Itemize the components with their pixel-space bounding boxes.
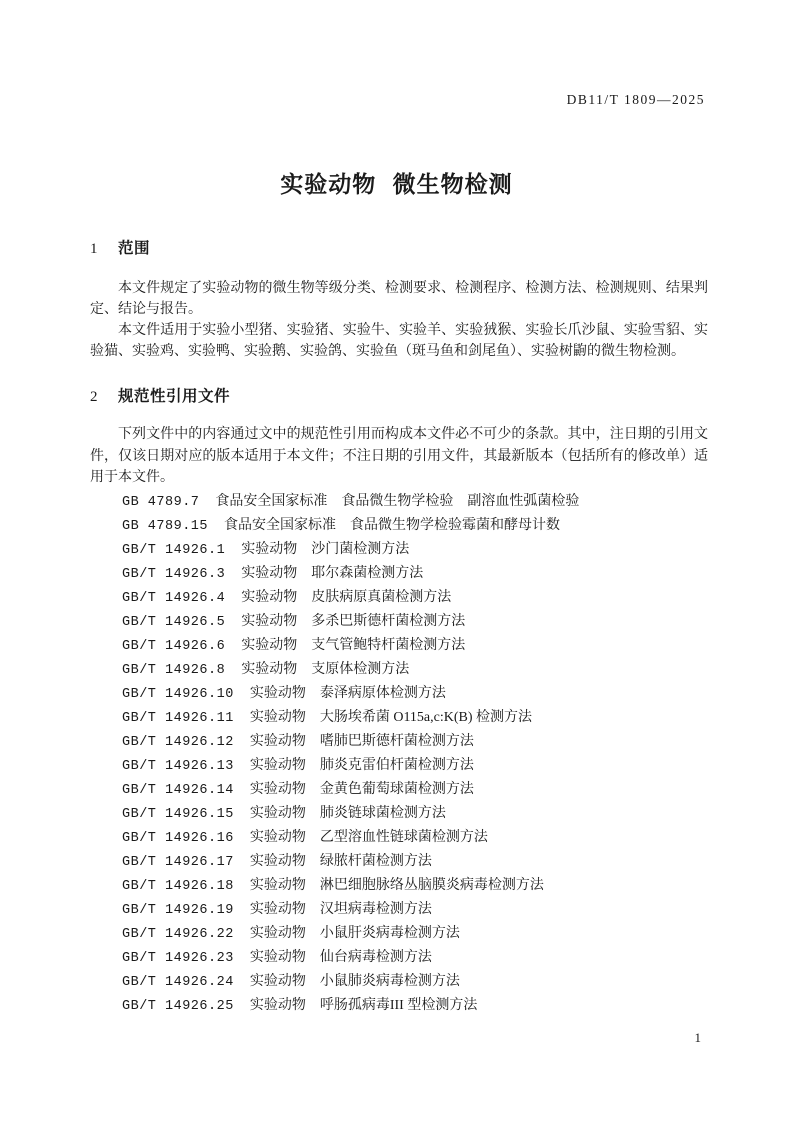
reference-item: GB/T 14926.22实验动物 小鼠肝炎病毒检测方法 — [122, 922, 713, 946]
reference-item: GB/T 14926.6实验动物 支气管鲍特杆菌检测方法 — [122, 634, 713, 658]
reference-code: GB/T 14926.19 — [122, 903, 234, 918]
reference-item: GB/T 14926.8实验动物 支原体检测方法 — [122, 658, 713, 682]
reference-item: GB/T 14926.4实验动物 皮肤病原真菌检测方法 — [122, 586, 713, 610]
reference-item: GB/T 14926.10实验动物 泰泽病原体检测方法 — [122, 682, 713, 706]
reference-title: 实验动物 仙台病毒检测方法 — [250, 946, 432, 966]
reference-item: GB/T 14926.15实验动物 肺炎链球菌检测方法 — [122, 802, 713, 826]
reference-code: GB/T 14926.22 — [122, 927, 234, 942]
clause-scope-number: 1 — [90, 241, 98, 257]
reference-item: GB/T 14926.17实验动物 绿脓杆菌检测方法 — [122, 850, 713, 874]
reference-code: GB 4789.15 — [122, 519, 208, 534]
reference-item: GB/T 14926.16实验动物 乙型溶血性链球菌检测方法 — [122, 826, 713, 850]
reference-code: GB/T 14926.3 — [122, 567, 225, 582]
reference-item: GB/T 14926.3实验动物 耶尔森菌检测方法 — [122, 562, 713, 586]
clause-scope-heading: 1范围 — [90, 236, 150, 258]
reference-code: GB/T 14926.23 — [122, 951, 234, 966]
clause-references-number: 2 — [90, 389, 98, 405]
reference-code: GB/T 14926.8 — [122, 663, 225, 678]
reference-item: GB/T 14926.12实验动物 嗜肺巴斯德杆菌检测方法 — [122, 730, 713, 754]
reference-title: 实验动物 绿脓杆菌检测方法 — [250, 850, 432, 870]
scope-paragraph-1: 本文件规定了实验动物的微生物等级分类、检测要求、检测程序、检测方法、检测规则、结… — [90, 278, 708, 320]
document-number: DB11/T 1809—2025 — [567, 92, 705, 108]
reference-item: GB/T 14926.5实验动物 多杀巴斯德杆菌检测方法 — [122, 610, 713, 634]
reference-list: GB 4789.7食品安全国家标准 食品微生物学检验 副溶血性弧菌检验 GB 4… — [122, 490, 713, 1018]
reference-code: GB/T 14926.4 — [122, 591, 225, 606]
reference-title: 实验动物 皮肤病原真菌检测方法 — [241, 586, 451, 606]
reference-title: 实验动物 呼肠孤病毒III 型检测方法 — [250, 994, 478, 1014]
reference-code: GB/T 14926.5 — [122, 615, 225, 630]
reference-code: GB/T 14926.12 — [122, 735, 234, 750]
reference-item: GB/T 14926.13实验动物 肺炎克雷伯杆菌检测方法 — [122, 754, 713, 778]
reference-code: GB/T 14926.25 — [122, 999, 234, 1014]
reference-title: 实验动物 小鼠肺炎病毒检测方法 — [250, 970, 460, 990]
reference-code: GB/T 14926.18 — [122, 879, 234, 894]
reference-title: 实验动物 沙门菌检测方法 — [241, 538, 409, 558]
reference-title: 实验动物 泰泽病原体检测方法 — [250, 682, 446, 702]
reference-title: 实验动物 嗜肺巴斯德杆菌检测方法 — [250, 730, 474, 750]
reference-title: 实验动物 金黄色葡萄球菌检测方法 — [250, 778, 474, 798]
reference-item: GB/T 14926.11实验动物 大肠埃希菌 O115a,c:K(B) 检测方… — [122, 706, 713, 730]
reference-title: 实验动物 支原体检测方法 — [241, 658, 409, 678]
clause-references-label: 规范性引用文件 — [118, 388, 230, 405]
reference-title: 实验动物 支气管鲍特杆菌检测方法 — [241, 634, 465, 654]
reference-code: GB/T 14926.6 — [122, 639, 225, 654]
reference-title: 实验动物 耶尔森菌检测方法 — [241, 562, 423, 582]
reference-code: GB/T 14926.24 — [122, 975, 234, 990]
reference-item: GB/T 14926.23实验动物 仙台病毒检测方法 — [122, 946, 713, 970]
reference-title: 实验动物 汉坦病毒检测方法 — [250, 898, 432, 918]
reference-title: 实验动物 淋巴细胞脉络丛脑膜炎病毒检测方法 — [250, 874, 544, 894]
reference-code: GB/T 14926.17 — [122, 855, 234, 870]
reference-title: 实验动物 乙型溶血性链球菌检测方法 — [250, 826, 488, 846]
reference-item: GB/T 14926.24实验动物 小鼠肺炎病毒检测方法 — [122, 970, 713, 994]
reference-item: GB 4789.7食品安全国家标准 食品微生物学检验 副溶血性弧菌检验 — [122, 490, 713, 514]
document-title: 实验动物 微生物检测 — [0, 166, 793, 199]
reference-title: 实验动物 小鼠肝炎病毒检测方法 — [250, 922, 460, 942]
reference-item: GB 4789.15食品安全国家标准 食品微生物学检验霉菌和酵母计数 — [122, 514, 713, 538]
references-intro-paragraph: 下列文件中的内容通过文中的规范性引用而构成本文件必不可少的条款。其中，注日期的引… — [90, 424, 708, 489]
reference-item: GB/T 14926.1实验动物 沙门菌检测方法 — [122, 538, 713, 562]
page-number: 1 — [695, 1030, 702, 1046]
reference-title: 食品安全国家标准 食品微生物学检验霉菌和酵母计数 — [224, 514, 560, 534]
reference-title: 实验动物 多杀巴斯德杆菌检测方法 — [241, 610, 465, 630]
reference-item: GB/T 14926.18实验动物 淋巴细胞脉络丛脑膜炎病毒检测方法 — [122, 874, 713, 898]
reference-code: GB/T 14926.14 — [122, 783, 234, 798]
clause-scope-label: 范围 — [118, 240, 150, 257]
reference-title: 实验动物 肺炎链球菌检测方法 — [250, 802, 446, 822]
reference-code: GB 4789.7 — [122, 495, 199, 510]
reference-code: GB/T 14926.1 — [122, 543, 225, 558]
reference-item: GB/T 14926.25实验动物 呼肠孤病毒III 型检测方法 — [122, 994, 713, 1018]
reference-item: GB/T 14926.19实验动物 汉坦病毒检测方法 — [122, 898, 713, 922]
reference-code: GB/T 14926.10 — [122, 687, 234, 702]
scope-paragraph-2: 本文件适用于实验小型猪、实验猪、实验牛、实验羊、实验狨猴、实验长爪沙鼠、实验雪貂… — [90, 320, 708, 362]
reference-title: 实验动物 大肠埃希菌 O115a,c:K(B) 检测方法 — [250, 706, 532, 726]
document-page: DB11/T 1809—2025 实验动物 微生物检测 1范围 本文件规定了实验… — [0, 0, 793, 1123]
reference-code: GB/T 14926.13 — [122, 759, 234, 774]
reference-title: 实验动物 肺炎克雷伯杆菌检测方法 — [250, 754, 474, 774]
reference-code: GB/T 14926.11 — [122, 711, 234, 726]
reference-code: GB/T 14926.15 — [122, 807, 234, 822]
clause-references-heading: 2规范性引用文件 — [90, 384, 230, 406]
reference-title: 食品安全国家标准 食品微生物学检验 副溶血性弧菌检验 — [215, 490, 579, 510]
reference-code: GB/T 14926.16 — [122, 831, 234, 846]
reference-item: GB/T 14926.14实验动物 金黄色葡萄球菌检测方法 — [122, 778, 713, 802]
